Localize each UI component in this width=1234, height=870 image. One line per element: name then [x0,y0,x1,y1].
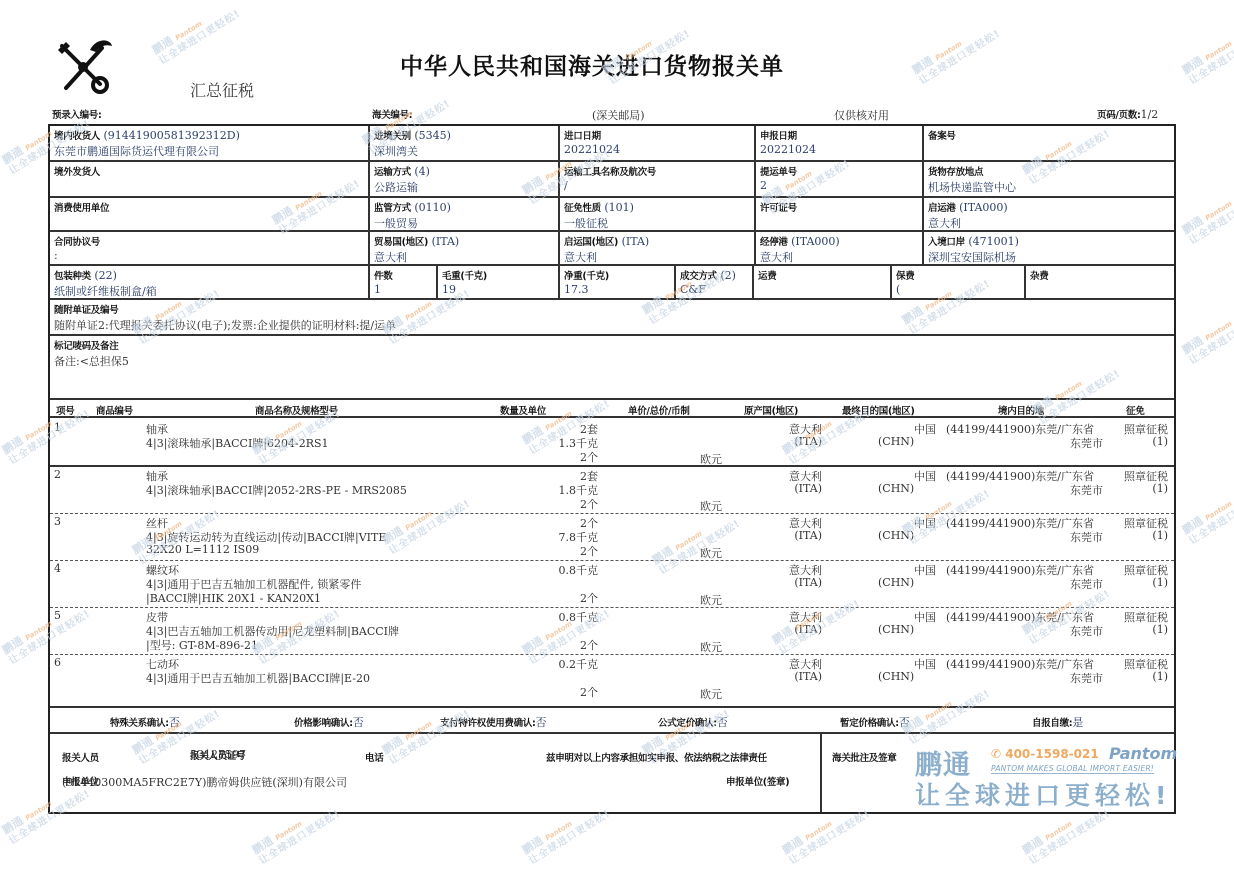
declaration-statement: 兹申明对以上内容承担如实申报、依法纳税之法律责任 [546,750,767,764]
item-currency: 欧元 [700,498,722,514]
item-spec: 4|3|滚珠轴承|BACCI牌|6204-2RS1 [146,435,329,451]
declaration-form: 境内收货人 (91441900581392312D) 东莞市鹏通国际货运代理有限… [48,124,1176,814]
item-domestic-city: 东莞市 [1070,670,1103,686]
field-freight: 运费 [754,266,892,298]
item-currency: 欧元 [700,592,722,608]
field-transit-port: 经停港 (ITA000) 意大利 [756,232,924,264]
item-levy-code: (1) [1152,529,1168,542]
phone-label: 电话 [365,750,383,764]
col-quantity: 数量及单位 [500,403,546,417]
item-destination: 中国 [914,656,936,672]
item-domestic-city: 东莞市 [1070,623,1103,639]
meta-row: 预录入编号: 海关编号: (深关邮局) 仅供核对用 页码/页数:1/2 [52,107,1176,123]
field-transport-mode: 运输方式 (4) 公路运输 [370,162,560,196]
field-misc-fee: 杂费 [1026,266,1174,298]
field-insurance: 保费 ( [892,266,1026,298]
field-gross-weight: 毛重(千克) 19 [438,266,560,298]
field-contract-no: 合同协议号 : [50,232,370,264]
items-table-header: 项号 商品编号 商品名称及规格型号 数量及单位 单价/总价/币制 原产国(地区)… [50,398,1174,418]
field-consignee: 境内收货人 (91441900581392312D) 东莞市鹏通国际货运代理有限… [50,126,370,160]
table-row: 5皮带4|3|巴吉五轴加工机器传动用|尼龙塑料制|BACCI牌|型号: GT-8… [50,608,1174,655]
item-destination: 中国 [914,515,936,531]
table-row: 6七动环4|3|通用于巴吉五轴加工机器|BACCI牌|E-200.2千克2个欧元… [50,655,1174,702]
confirmations-row: 特殊关系确认:否 价格影响确认:否 支付特许权使用费确认:否 公式定价确认:否 … [50,706,1174,734]
item-quantity: 2个 [580,590,598,606]
col-hs-code: 商品编号 [96,403,133,417]
watermark: 鹏通 Pantom让全球进口更轻松! [1180,297,1234,368]
summary-tax-tag: 汇总征税 [190,78,254,101]
item-destination-code: (CHN) [878,576,914,589]
preentry-no-label: 预录入编号: [52,107,102,121]
item-destination-code: (CHN) [878,529,914,542]
field-origin-country: 启运国(地区) (ITA) 意大利 [560,232,756,264]
table-row: 3丝杆4|3|旋转运动转为直线运动|传动|BACCI牌|VITE32X20 L=… [50,514,1174,561]
confirm-special-relation: 特殊关系确认:否 [110,714,180,730]
item-destination: 中国 [914,421,936,437]
item-quantity: 2个 [580,543,598,559]
field-license-no: 许可证号 [756,198,924,230]
item-spec: 32X20 L=1112 IS09 [146,543,259,556]
item-levy-code: (1) [1152,623,1168,636]
item-no: 2 [54,468,61,481]
item-levy-code: (1) [1152,482,1168,495]
footer-divider [820,734,822,812]
field-marks-remarks: 标记唛码及备注 备注:<总担保5 [50,336,1174,398]
item-quantity: 2个 [580,496,598,512]
item-destination: 中国 [914,609,936,625]
item-destination-code: (CHN) [878,670,914,683]
field-overseas-shipper: 境外发货人 [50,162,370,196]
field-departure-port: 启运港 (ITA000) 意大利 [924,198,1174,230]
customs-approval-label: 海关批注及签章 [832,750,896,764]
page-indicator: 页码/页数:1/2 [1097,107,1158,121]
field-record-no: 备案号 [924,126,1174,160]
item-currency: 欧元 [700,545,722,561]
brand-tagline: PANTOM MAKES GLOBAL IMPORT EASIER! [991,764,1154,774]
field-bill-no: 提运单号 2 [756,162,924,196]
form-row-3: 消费使用单位 监管方式 (0110) 一般贸易 征免性质 (101) 一般征税 … [50,198,1174,232]
customs-emblem-icon [52,36,114,98]
confirm-formula-pricing: 公式定价确认:否 [658,714,728,730]
col-domestic-dest: 境内目的地 [998,403,1044,417]
item-quantity: 2个 [580,449,598,465]
brand-name-en: Pantom [1109,744,1177,763]
confirm-royalty: 支付特许权使用费确认:否 [440,714,547,730]
item-levy-code: (1) [1152,670,1168,683]
table-row: 2轴承4|3|滚珠轴承|BACCI牌|2052-2RS-PE - MRS2085… [50,467,1174,514]
item-origin-code: (ITA) [794,482,822,495]
item-currency: 欧元 [700,639,722,655]
field-deal-mode: 成交方式 (2) C&F [676,266,754,298]
col-levy: 征免 [1126,403,1144,417]
item-destination: 中国 [914,468,936,484]
customs-no-label: 海关编号: [372,107,412,121]
confirm-self-declare: 自报自缴:是 [1032,714,1083,730]
field-attached-docs: 随附单证及编号 随附单证2:代理报关委托协议(电子);发票:企业提供的证明材料:… [50,300,1174,334]
item-origin-code: (ITA) [794,435,822,448]
item-origin-code: (ITA) [794,576,822,589]
item-no: 1 [54,421,61,434]
table-row: 1轴承4|3|滚珠轴承|BACCI牌|6204-2RS12套1.3千克2个欧元意… [50,420,1174,467]
brand-slogan: 让全球进口更轻松! [915,776,1171,812]
form-row-2: 境外发货人 运输方式 (4) 公路运输 运输工具名称及航次号 / 提运单号 2 … [50,162,1174,198]
declaring-unit-seal: 申报单位(签章) [726,774,789,788]
field-supervision-mode: 监管方式 (0110) 一般贸易 [370,198,560,230]
form-row-1: 境内收货人 (91441900581392312D) 东莞市鹏通国际货运代理有限… [50,126,1174,162]
item-domestic-city: 东莞市 [1070,576,1103,592]
phone-icon: ✆ [991,747,1005,761]
item-spec: 4|3|通用于巴吉五轴加工机器|BACCI牌|E-20 [146,670,370,686]
declarant-label: 报关人员 [62,750,99,764]
form-row-marks: 标记唛码及备注 备注:<总担保5 [50,336,1174,398]
item-no: 5 [54,609,61,622]
field-consumer-unit: 消费使用单位 [50,198,370,230]
field-transport-name: 运输工具名称及航次号 / [560,162,756,196]
item-destination-code: (CHN) [878,482,914,495]
item-quantity: 0.8千克 [559,562,599,578]
form-row-4: 合同协议号 : 贸易国(地区) (ITA) 意大利 启运国(地区) (ITA) … [50,232,1174,266]
item-quantity: 0.2千克 [559,656,599,672]
form-row-attached-docs: 随附单证及编号 随附单证2:代理报关委托协议(电子);发票:企业提供的证明材料:… [50,300,1174,336]
item-levy-code: (1) [1152,435,1168,448]
item-origin-code: (ITA) [794,670,822,683]
confirm-provisional-price: 暂定价格确认:否 [840,714,910,730]
field-pieces: 件数 1 [370,266,438,298]
field-entry-port: 入境口岸 (471001) 深圳宝安国际机场 [924,232,1174,264]
watermark: 鹏通 Pantom让全球进口更轻松! [910,17,1003,88]
col-destination: 最终目的国(地区) [842,403,914,417]
brand-phone: ✆ 400-1598-021 [991,747,1099,761]
col-origin: 原产国(地区) [744,403,798,417]
watermark: 鹏通 Pantom让全球进口更轻松! [1180,477,1234,548]
item-origin-code: (ITA) [794,529,822,542]
item-spec: |BACCI牌|HIK 20X1 - KAN20X1 [146,590,321,606]
item-domestic-city: 东莞市 [1070,482,1103,498]
col-goods-name: 商品名称及规格型号 [255,403,338,417]
item-destination: 中国 [914,562,936,578]
item-destination-code: (CHN) [878,623,914,636]
item-quantity: 2个 [580,637,598,653]
item-no: 6 [54,656,61,669]
item-currency: 欧元 [700,686,722,702]
item-no: 4 [54,562,61,575]
field-trade-country: 贸易国(地区) (ITA) 意大利 [370,232,560,264]
watermark: 鹏通 Pantom让全球进口更轻松! [150,0,243,68]
field-declare-date: 申报日期 20221024 [756,126,924,160]
item-domestic-city: 东莞市 [1070,529,1103,545]
item-currency: 欧元 [700,451,722,467]
page-title: 中华人民共和国海关进口货物报关单 [400,48,784,81]
field-storage-place: 货物存放地点 机场快递监管中心 [924,162,1174,196]
field-import-date: 进口日期 20221024 [560,126,756,160]
item-spec: 4|3|滚珠轴承|BACCI牌|2052-2RS-PE - MRS2085 [146,482,407,498]
field-levy-nature: 征免性质 (101) 一般征税 [560,198,756,230]
col-price: 单价/总价/币制 [628,403,690,417]
customs-office: (深关邮局) [592,107,645,123]
form-row-5: 包装种类 (22) 纸制或纤维板制盒/箱 件数 1 毛重(千克) 19 净重(千… [50,266,1174,300]
item-origin-code: (ITA) [794,623,822,636]
item-spec: |型号: GT-8M-896-21 [146,637,258,653]
item-destination-code: (CHN) [878,435,914,448]
verification-note: 仅供核对用 [834,107,889,123]
item-quantity: 0.8千克 [559,609,599,625]
col-item-no: 项号 [56,403,74,417]
confirm-price-impact: 价格影响确认:否 [294,714,364,730]
watermark: 鹏通 Pantom让全球进口更轻松! [1180,17,1234,88]
item-no: 3 [54,515,61,528]
brand-badge: 鹏通 ✆ 400-1598-021 Pantom PANTOM MAKES GL… [915,743,1177,809]
field-entry-customs: 进境关别 (5345) 深圳湾关 [370,126,560,160]
item-quantity: 2个 [580,684,598,700]
table-row: 4螺纹环4|3|通用于巴吉五轴加工机器配件, 锁紧零件|BACCI牌|HIK 2… [50,561,1174,608]
field-net-weight: 净重(千克) 17.3 [560,266,676,298]
watermark: 鹏通 Pantom让全球进口更轻松! [1180,177,1234,248]
item-domestic-city: 东莞市 [1070,435,1103,451]
field-package-type: 包装种类 (22) 纸制或纤维板制盒/箱 [50,266,370,298]
item-levy-code: (1) [1152,576,1168,589]
